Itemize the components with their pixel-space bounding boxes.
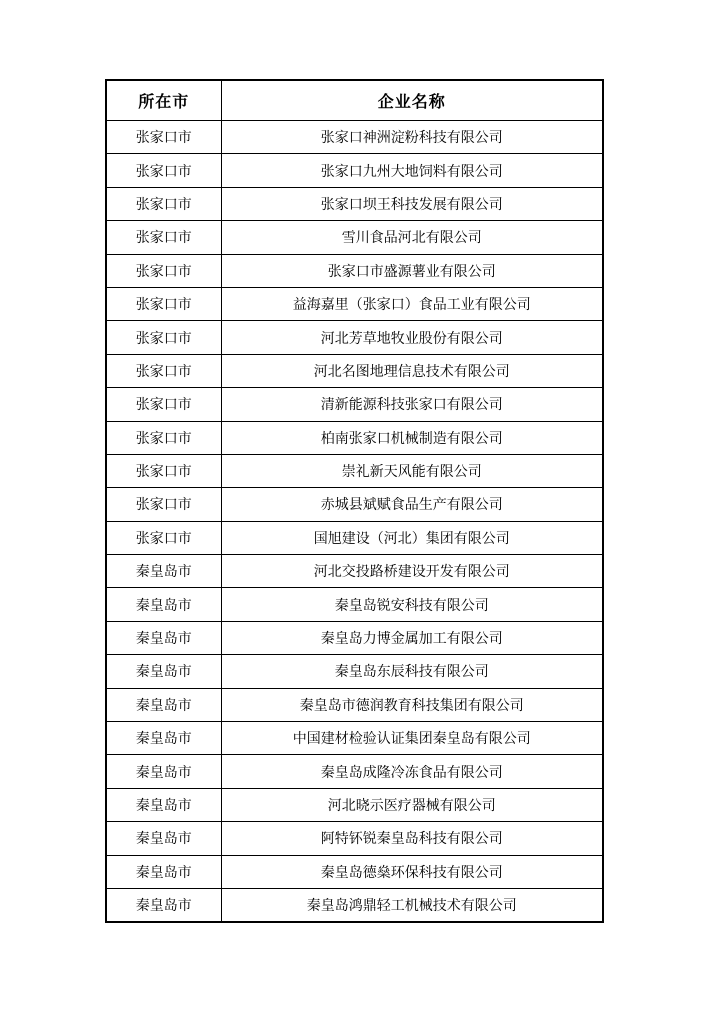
city-cell: 张家口市	[106, 421, 221, 454]
company-cell: 秦皇岛力博金属加工有限公司	[221, 621, 603, 654]
table-row: 张家口市 赤城县斌赋食品生产有限公司	[106, 488, 603, 521]
company-cell: 河北晓示医疗器械有限公司	[221, 788, 603, 821]
table-row: 秦皇岛市 秦皇岛力博金属加工有限公司	[106, 621, 603, 654]
table-row: 张家口市 河北名图地理信息技术有限公司	[106, 354, 603, 387]
company-cell: 中国建材检验认证集团秦皇岛有限公司	[221, 722, 603, 755]
table-row: 秦皇岛市 秦皇岛成隆冷冻食品有限公司	[106, 755, 603, 788]
city-cell: 秦皇岛市	[106, 855, 221, 888]
company-cell: 秦皇岛成隆冷冻食品有限公司	[221, 755, 603, 788]
city-cell: 秦皇岛市	[106, 655, 221, 688]
company-cell: 张家口神洲淀粉科技有限公司	[221, 121, 603, 154]
table-row: 秦皇岛市 中国建材检验认证集团秦皇岛有限公司	[106, 722, 603, 755]
company-cell: 崇礼新天风能有限公司	[221, 454, 603, 487]
company-cell: 柏南张家口机械制造有限公司	[221, 421, 603, 454]
header-city: 所在市	[106, 80, 221, 121]
city-cell: 秦皇岛市	[106, 822, 221, 855]
table-row: 秦皇岛市 秦皇岛锐安科技有限公司	[106, 588, 603, 621]
city-cell: 张家口市	[106, 388, 221, 421]
table-row: 张家口市 张家口神洲淀粉科技有限公司	[106, 121, 603, 154]
city-cell: 秦皇岛市	[106, 722, 221, 755]
company-cell: 秦皇岛德燊环保科技有限公司	[221, 855, 603, 888]
company-table: 所在市 企业名称 张家口市 张家口神洲淀粉科技有限公司 张家口市 张家口九州大地…	[105, 79, 604, 923]
table-row: 张家口市 益海嘉里（张家口）食品工业有限公司	[106, 287, 603, 320]
city-cell: 秦皇岛市	[106, 755, 221, 788]
city-cell: 张家口市	[106, 354, 221, 387]
table-row: 张家口市 国旭建设（河北）集团有限公司	[106, 521, 603, 554]
table-row: 张家口市 张家口坝王科技发展有限公司	[106, 187, 603, 220]
table-row: 张家口市 张家口九州大地饲料有限公司	[106, 154, 603, 187]
company-cell: 张家口市盛源薯业有限公司	[221, 254, 603, 287]
table-body: 张家口市 张家口神洲淀粉科技有限公司 张家口市 张家口九州大地饲料有限公司 张家…	[106, 121, 603, 923]
city-cell: 秦皇岛市	[106, 555, 221, 588]
city-cell: 张家口市	[106, 187, 221, 220]
company-cell: 秦皇岛东辰科技有限公司	[221, 655, 603, 688]
city-cell: 张家口市	[106, 154, 221, 187]
company-cell: 河北芳草地牧业股份有限公司	[221, 321, 603, 354]
city-cell: 张家口市	[106, 287, 221, 320]
city-cell: 张家口市	[106, 454, 221, 487]
city-cell: 张家口市	[106, 521, 221, 554]
table-row: 张家口市 张家口市盛源薯业有限公司	[106, 254, 603, 287]
company-cell: 国旭建设（河北）集团有限公司	[221, 521, 603, 554]
document-page: 所在市 企业名称 张家口市 张家口神洲淀粉科技有限公司 张家口市 张家口九州大地…	[0, 0, 725, 1032]
company-cell: 赤城县斌赋食品生产有限公司	[221, 488, 603, 521]
company-cell: 河北名图地理信息技术有限公司	[221, 354, 603, 387]
company-cell: 雪川食品河北有限公司	[221, 221, 603, 254]
company-cell: 张家口九州大地饲料有限公司	[221, 154, 603, 187]
table-row: 张家口市 崇礼新天风能有限公司	[106, 454, 603, 487]
city-cell: 秦皇岛市	[106, 788, 221, 821]
company-cell: 秦皇岛锐安科技有限公司	[221, 588, 603, 621]
header-company: 企业名称	[221, 80, 603, 121]
city-cell: 张家口市	[106, 321, 221, 354]
city-cell: 张家口市	[106, 254, 221, 287]
city-cell: 秦皇岛市	[106, 888, 221, 922]
company-cell: 张家口坝王科技发展有限公司	[221, 187, 603, 220]
table-row: 秦皇岛市 河北晓示医疗器械有限公司	[106, 788, 603, 821]
table-row: 张家口市 柏南张家口机械制造有限公司	[106, 421, 603, 454]
company-cell: 清新能源科技张家口有限公司	[221, 388, 603, 421]
table-row: 秦皇岛市 河北交投路桥建设开发有限公司	[106, 555, 603, 588]
city-cell: 秦皇岛市	[106, 621, 221, 654]
company-cell: 秦皇岛市德润教育科技集团有限公司	[221, 688, 603, 721]
company-cell: 秦皇岛鸿鼎轻工机械技术有限公司	[221, 888, 603, 922]
company-cell: 阿特钚锐秦皇岛科技有限公司	[221, 822, 603, 855]
company-cell: 河北交投路桥建设开发有限公司	[221, 555, 603, 588]
table-row: 张家口市 河北芳草地牧业股份有限公司	[106, 321, 603, 354]
table-header-row: 所在市 企业名称	[106, 80, 603, 121]
city-cell: 秦皇岛市	[106, 588, 221, 621]
table-row: 张家口市 清新能源科技张家口有限公司	[106, 388, 603, 421]
table-row: 秦皇岛市 秦皇岛市德润教育科技集团有限公司	[106, 688, 603, 721]
table-row: 秦皇岛市 秦皇岛东辰科技有限公司	[106, 655, 603, 688]
city-cell: 张家口市	[106, 121, 221, 154]
company-cell: 益海嘉里（张家口）食品工业有限公司	[221, 287, 603, 320]
table-row: 张家口市 雪川食品河北有限公司	[106, 221, 603, 254]
city-cell: 张家口市	[106, 221, 221, 254]
table-row: 秦皇岛市 秦皇岛鸿鼎轻工机械技术有限公司	[106, 888, 603, 922]
city-cell: 张家口市	[106, 488, 221, 521]
table-row: 秦皇岛市 阿特钚锐秦皇岛科技有限公司	[106, 822, 603, 855]
table-row: 秦皇岛市 秦皇岛德燊环保科技有限公司	[106, 855, 603, 888]
city-cell: 秦皇岛市	[106, 688, 221, 721]
